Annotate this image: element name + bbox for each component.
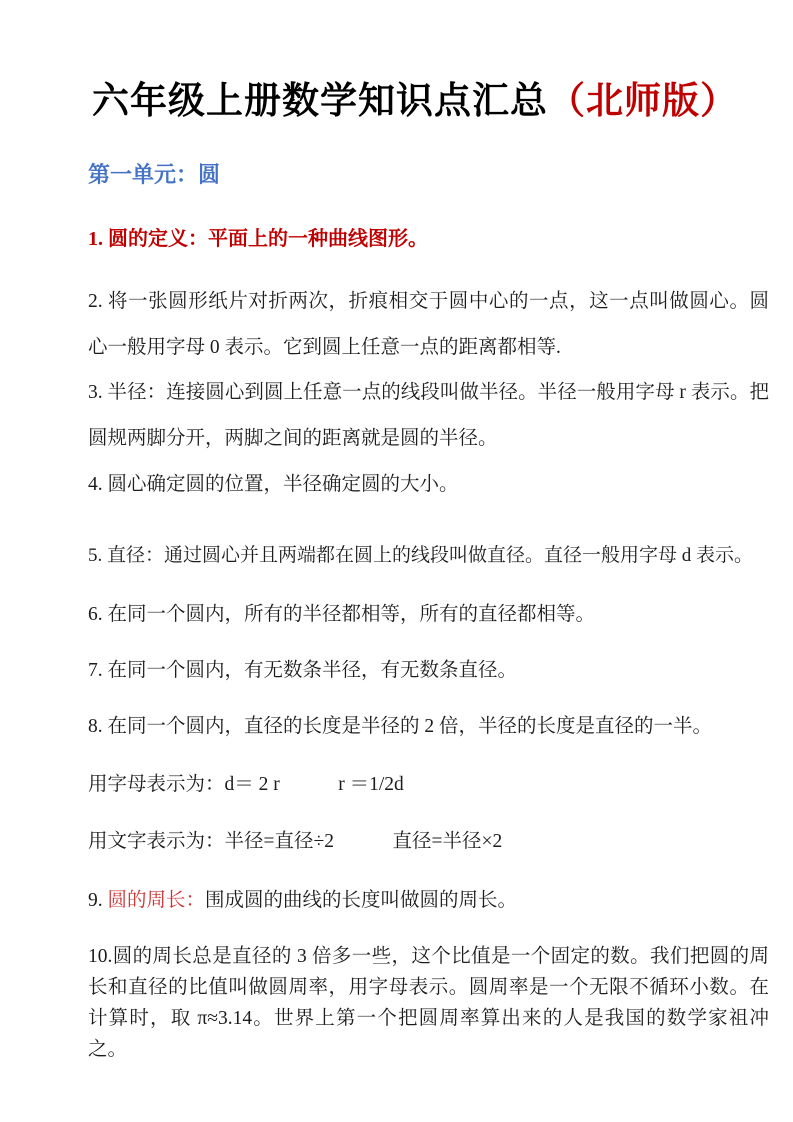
knowledge-point-4-position-size: 4. 圆心确定圆的位置，半径确定圆的大小。: [88, 462, 769, 508]
knowledge-point-7-countless-radii: 7. 在同一个圆内，有无数条半径，有无数条直径。: [88, 648, 769, 694]
knowledge-point-10-pi: 10.圆的周长总是直径的 3 倍多一些，这个比值是一个固定的数。我们把圆的周长和…: [88, 941, 769, 1065]
document-title-main: 六年级上册数学知识点汇总: [92, 81, 548, 122]
point9-label-circumference: 圆的周长：: [108, 890, 206, 911]
document-title-edition: （北师版）: [548, 81, 738, 122]
knowledge-point-2-circle-center: 2. 将一张圆形纸片对折两次，折痕相交于圆中心的一点，这一点叫做圆心。圆心一般用…: [88, 279, 769, 371]
knowledge-point-5-diameter: 5. 直径：通过圆心并且两端都在圆上的线段叫做直径。直径一般用字母 d 表示。: [88, 533, 769, 579]
knowledge-point-9-circumference: 9. 圆的周长：围成圆的曲线的长度叫做圆的周长。: [88, 878, 769, 924]
document-title: 六年级上册数学知识点汇总（北师版）: [92, 77, 773, 127]
document-page: 六年级上册数学知识点汇总（北师版） 第一单元：圆 1. 圆的定义：平面上的一种曲…: [0, 0, 793, 1122]
knowledge-point-3-radius: 3. 半径：连接圆心到圆上任意一点的线段叫做半径。半径一般用字母 r 表示。把圆…: [88, 370, 769, 462]
formula-letters-line: 用字母表示为：d＝ 2 r r ＝1/2d: [88, 762, 769, 808]
point9-definition-text: 围成圆的曲线的长度叫做圆的周长。: [205, 890, 517, 911]
section-heading-unit1: 第一单元：圆: [88, 160, 769, 191]
knowledge-point-8-diameter-radius-relation: 8. 在同一个圆内，直径的长度是半径的 2 倍，半径的长度是直径的一半。: [88, 704, 769, 750]
knowledge-point-1-circle-definition: 1. 圆的定义：平面上的一种曲线图形。: [88, 224, 769, 254]
knowledge-point-6-equal-radii: 6. 在同一个圆内，所有的半径都相等，所有的直径都相等。: [88, 592, 769, 638]
formula-words-line: 用文字表示为：半径=直径÷2 直径=半径×2: [88, 819, 769, 865]
point9-number: 9.: [88, 890, 108, 911]
